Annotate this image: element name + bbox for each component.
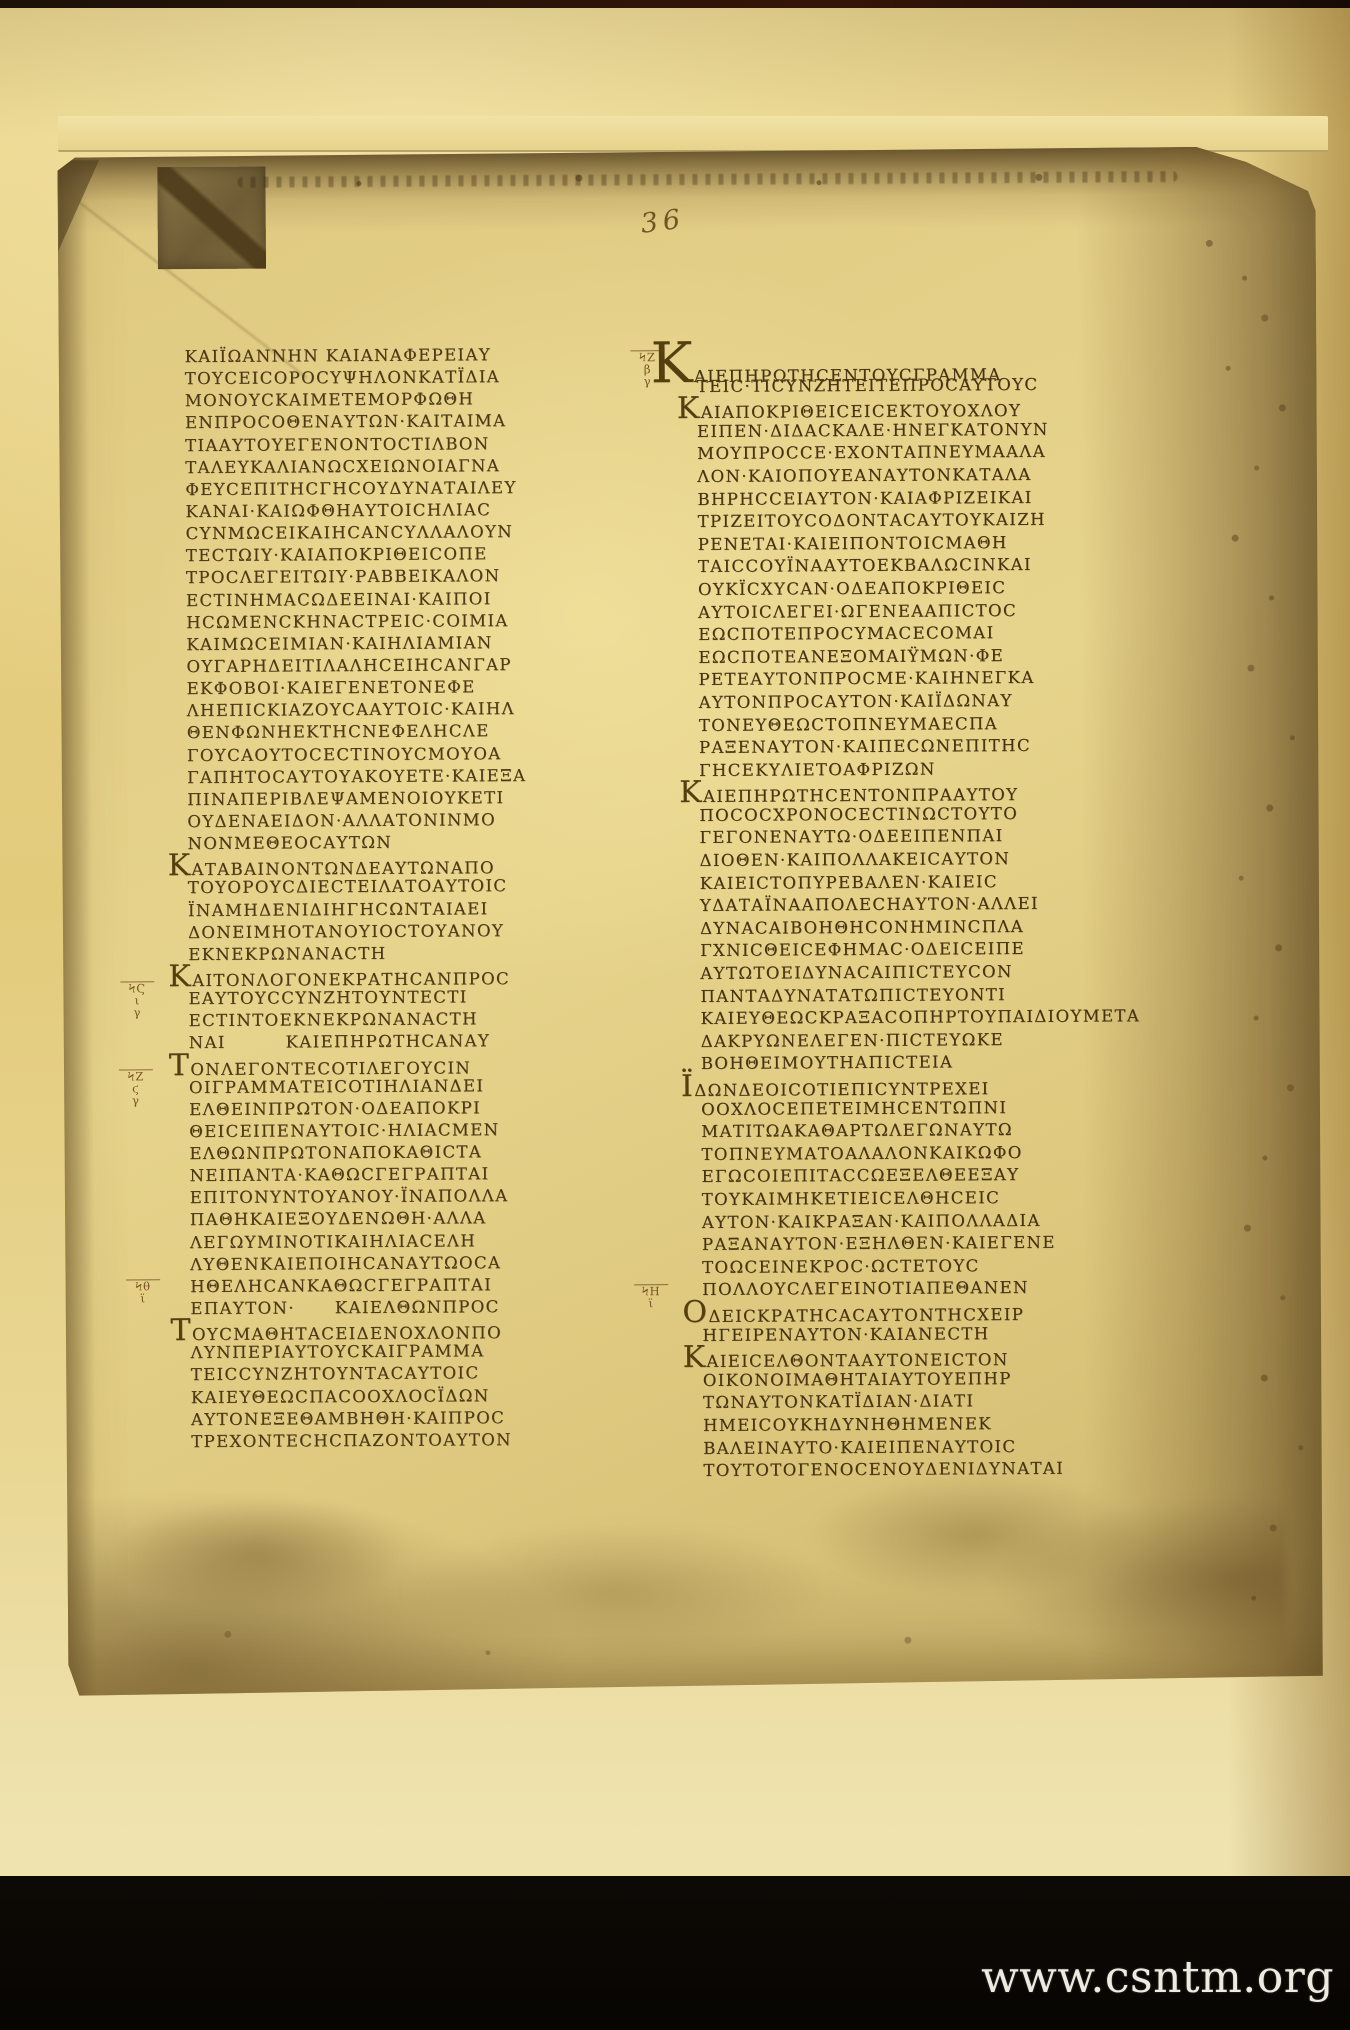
text-line: ΚΑΙΕΠΗΡΩΤΗCΕΝΤΟΝΠΡΑΑΥΤΟΥ <box>699 779 1177 805</box>
margin-mark-left-3: Ϟθ ϊ <box>126 1279 160 1304</box>
text-line: ΟΟΧΛΟCΕΠΕΤΕΙΜΗCΕΝΤΩΠΝΙ <box>701 1096 1179 1122</box>
text-line: ΕΩCΠΟΤΕΠΡΟCΥΜΑCΕCΟΜΑΙ <box>698 621 1176 647</box>
text-line: ΤΙΑΑΥΤΟΥΕΓΕΝΟΝΤΟCΤΙΛΒΟΝ <box>185 432 615 457</box>
text-line: ΘΕΝΦΩΝΗΕΚΤΗCΝΕΦΕΛΗCΛΕ <box>187 720 617 745</box>
text-line: ΤΑΛΕΥΚΑΛΙΑΝΩCΧΕΙΩΝΟΙΑΓΝΑ <box>185 454 615 479</box>
text-line: ΒΑΛΕΙΝΑΥΤΟ·ΚΑΙΕΙΠΕΝΑΥΤΟΙC <box>703 1435 1181 1461</box>
margin-mark-left-1: ϞϚ ι γ <box>120 981 154 1018</box>
text-line: ΓΧΝΙCΘΕΙCΕΦΗΜΑC·ΟΔΕΙCΕΙΠΕ <box>700 937 1178 963</box>
text-line: ΚΑΙΤΟΝΛΟΓΟΝΕΚΡΑΤΗCΑΝΠΡΟC <box>188 963 618 988</box>
text-line: ΕCΤΙΝΗΜΑCΩΔΕΕΙΝΑΙ·ΚΑΙΠΟΙ <box>186 587 616 612</box>
text-line: ΕΑΥΤΟΥCCΥΝΖΗΤΟΥΝΤΕCΤΙ <box>188 986 618 1011</box>
text-line: ΕΛΘΕΙΝΠΡΩΤΟΝ·ΟΔΕΑΠΟΚΡΙ <box>189 1096 619 1121</box>
text-line: ΠΑΝΤΑΔΥΝΑΤΑΤΩΠΙCΤΕΥΟΝΤΙ <box>700 983 1178 1009</box>
text-line: ΕΓΩCΟΙΕΠΙΤΑCCΩΕΞΕΛΘΕΕΞΑΥ <box>701 1163 1179 1189</box>
text-line: ΡΑΞΕΝΑΥΤΟΝ·ΚΑΙΠΕCΩΝΕΠΙΤΗC <box>699 734 1177 760</box>
text-line: ΤΟΠΝΕΥΜΑΤΟΑΛΑΛΟΝΚΑΙΚΩΦΟ <box>701 1141 1179 1167</box>
text-line: ΚΑΙΕΥΘΕΩCΚΡΑΞΑCΟΠΗΡΤΟΥΠΑΙΔΙΟΥΜΕΤΑ <box>701 1005 1179 1031</box>
manuscript-photo: 36 ΚΑΙΪΩΑΝΝΗΝ ΚΑΙΑΝΑΦΕΡΕΙΑΥΤΟΥCΕΙCΟΡΟCΥΨ… <box>0 0 1350 2030</box>
text-line: ΑΥΤΟΙCΛΕΓΕΙ·ΩΓΕΝΕΑΑΠΙCΤΟC <box>698 599 1176 625</box>
photo-bottom-band: www.csntm.org <box>0 1876 1350 2030</box>
parchment-stain-bottom <box>91 1467 1287 1667</box>
text-line: ΝΑΙ ΚΑΙΕΠΗΡΩΤΗCΑΝΑΥ <box>189 1030 619 1055</box>
text-line: ΤΕΙC·ΤΙCΥΝΖΗΤΕΙΤΕΠΡΟCΑΥΤΟΥC <box>697 373 1175 399</box>
margin-mark-left-2: ϞΖ ϛ γ <box>119 1069 153 1106</box>
text-line: ΠΟΛΛΟΥCΛΕΓΕΙΝΟΤΙΑΠΕΘΑΝΕΝ <box>702 1276 1180 1302</box>
text-line: ΚΑΙΕΙCΕΛΘΟΝΤΑΑΥΤΟΝΕΙCΤΟΝ <box>703 1344 1181 1370</box>
top-edge-show-through <box>237 171 1177 188</box>
text-line: ΤΟΥΚΑΙΜΗΚΕΤΙΕΙCΕΛΘΗCΕΙC <box>702 1186 1180 1212</box>
text-line: ΟΥΔΕΝΑΕΙΔΟΝ·ΑΛΛΑΤΟΝΙΝΜΟ <box>187 808 617 833</box>
text-line: ΚΑΙΕΠΗΡΩΤΗCΕΝΤΟΥCΓΡΑΜΜΑ <box>697 350 1175 376</box>
text-line: ΝΕΙΠΑΝΤΑ·ΚΑΘΩCΓΕΓΡΑΠΤΑΙ <box>189 1163 619 1188</box>
text-line: ΤΟΩCΕΙΝΕΚΡΟC·ΩCΤΕΤΟΥC <box>702 1254 1180 1280</box>
text-line: ΤΕΙCCΥΝΖΗΤΟΥΝΤΑCΑΥΤΟΙC <box>191 1362 621 1387</box>
text-line: ΕΩCΠΟΤΕΑΝΕΞΟΜΑΙΫΜΩΝ·ΦΕ <box>698 644 1176 670</box>
page-number: 36 <box>639 203 687 239</box>
text-line: ΚΑΝΑΙ·ΚΑΙΩΦΘΗΑΥΤΟΙCΗΛΙΑC <box>185 498 615 523</box>
text-line: ΚΑΙΪΩΑΝΝΗΝ ΚΑΙΑΝΑΦΕΡΕΙΑΥ <box>184 343 614 368</box>
text-line: ΑΥΤΩΤΟΕΙΔΥΝΑCΑΙΠΙCΤΕΥCΟΝ <box>700 960 1178 986</box>
text-line: ΑΥΤΟΝΠΡΟCΑΥΤΟΝ·ΚΑΙΪΔΩΝΑΥ <box>699 689 1177 715</box>
text-line: ΕΝΠΡΟCΟΘΕΝΑΥΤΩΝ·ΚΑΙΤΑΙΜΑ <box>185 410 615 435</box>
text-line: ΔΥΝΑCΑΙΒΟΗΘΗCΟΝΗΜΙΝCΠΛΑ <box>700 915 1178 941</box>
text-line: ΤΩΝΑΥΤΟΝΚΑΤΪΔΙΑΝ·ΔΙΑΤΙ <box>703 1389 1181 1415</box>
text-line: ΔΙΟΘΕΝ·ΚΑΙΠΟΛΛΑΚΕΙCΑΥΤΟΝ <box>700 847 1178 873</box>
mat-bevel-edge <box>58 116 1328 152</box>
text-line: ΡΑΞΑΝΑΥΤΟΝ·ΕΞΗΛΘΕΝ·ΚΑΙΕΓΕΝΕ <box>702 1231 1180 1257</box>
text-line: ΜΟΥΠΡΟCCΕ·ΕΧΟΝΤΑΠΝΕΥΜΑΑΛΑ <box>697 440 1175 466</box>
text-line: ΗΓΕΙΡΕΝΑΥΤΟΝ·ΚΑΙΑΝΕCΤΗ <box>702 1322 1180 1348</box>
text-line: ΒΗΡΗCCΕΙΑΥΤΟΝ·ΚΑΙΑΦΡΙΖΕΙΚΑΙ <box>697 486 1175 512</box>
text-line: ΜΑΤΙΤΩΑΚΑΘΑΡΤΩΛΕΓΩΝΑΥΤΩ <box>701 1118 1179 1144</box>
watermark-text: www.csntm.org <box>981 1952 1334 2003</box>
text-line: ΕΙΠΕΝ·ΔΙΔΑCΚΑΛΕ·ΗΝΕΓΚΑΤΟΝΥΝ <box>697 418 1175 444</box>
text-line: ΡΕΝΕΤΑΙ·ΚΑΙΕΙΠΟΝΤΟΙCΜΑΘΗ <box>698 531 1176 557</box>
text-line: ΛΥΘΕΝΚΑΙΕΠΟΙΗCΑΝΑΥΤΩΟCΑ <box>190 1251 620 1276</box>
left-column: ΚΑΙΪΩΑΝΝΗΝ ΚΑΙΑΝΑΦΕΡΕΙΑΥΤΟΥCΕΙCΟΡΟCΥΨΗΛΟ… <box>184 286 621 1453</box>
text-line: ΤΡΙΖΕΙΤΟΥCΟΔΟΝΤΑCΑΥΤΟΥΚΑΙΖΗ <box>697 508 1175 534</box>
text-line: ΕΛΘΩΝΠΡΩΤΟΝΑΠΟΚΑΘΙCΤΑ <box>189 1141 619 1166</box>
text-line: ΜΟΝΟΥCΚΑΙΜΕΤΕΜΟΡΦΩΘΗ <box>185 388 615 413</box>
text-line: ΟΔΕΙCΚΡΑΤΗCΑCΑΥΤΟΝΤΗCΧΕΙΡ <box>702 1299 1180 1325</box>
text-line: ΓΕΓΟΝΕΝΑΥΤΩ·ΟΔΕΕΙΠΕΝΠΑΙ <box>699 824 1177 850</box>
text-line: ΛΗΕΠΙCΚΙΑΖΟΥCΑΑΥΤΟΙC·ΚΑΙΗΛ <box>187 698 617 723</box>
text-line: ΡΕΤΕΑΥΤΟΝΠΡΟCΜΕ·ΚΑΙΗΝΕΓΚΑ <box>698 666 1176 692</box>
text-line: ΗΘΕΛΗCΑΝΚΑΘΩCΓΕΓΡΑΠΤΑΙ <box>190 1273 620 1298</box>
text-line: ΔΟΝΕΙΜΗΟΤΑΝΟΥΙΟCΤΟΥΑΝΟΥ <box>188 919 618 944</box>
text-line: ΗΜΕΙCΟΥΚΗΔΥΝΗΘΗΜΕΝΕΚ <box>703 1412 1181 1438</box>
text-line: ΔΑΚΡΥΩΝΕΛΕΓΕΝ·ΠΙCΤΕΥΩΚΕ <box>701 1028 1179 1054</box>
text-line: ΕΠΙΤΟΝΥΝΤΟΥΑΝΟΥ·ΪΝΑΠΟΛΛΑ <box>190 1185 620 1210</box>
corner-shadow <box>57 160 100 252</box>
text-line: ΑΥΤΟΝ·ΚΑΙΚΡΑΞΑΝ·ΚΑΙΠΟΛΛΑΔΙΑ <box>702 1209 1180 1235</box>
text-line: ΕΚΝΕΚΡΩΝΑΝΑCΤΗ <box>188 941 618 966</box>
text-line: ΥΔΑΤΑΪΝΑΑΠΟΛΕCΗΑΥΤΟΝ·ΑΛΛΕΙ <box>700 892 1178 918</box>
margin-mark-right-2: ϞΗ ϊ <box>634 1284 668 1309</box>
text-line: ΤΑΙCCΟΥΪΝΑΑΥΤΟΕΚΒΑΛΩCΙΝΚΑΙ <box>698 553 1176 579</box>
margin-mark-right-1: ϞΖ β γ <box>631 350 665 387</box>
text-line: ΤΡΟCΛΕΓΕΙΤΩΙΥ·ΡΑΒΒΕΙΚΑΛΟΝ <box>186 565 616 590</box>
text-line: ΟΥΚΪCΧΥCΑΝ·ΟΔΕΑΠΟΚΡΙΘΕΙC <box>698 576 1176 602</box>
text-line: ΤΟΥCΜΑΘΗΤΑCΕΙΔΕΝΟΧΛΟΝΠΟ <box>190 1318 620 1343</box>
text-line: ΤΕCΤΩΙΥ·ΚΑΙΑΠΟΚΡΙΘΕΙCΟΠΕ <box>186 543 616 568</box>
text-line: CΥΝΜΩCΕΙΚΑΙΗCΑΝCΥΛΛΑΛΟΥΝ <box>186 521 616 546</box>
text-line: ΕΠΑΥΤΟΝ· ΚΑΙΕΛΘΩΝΠΡΟC <box>190 1295 620 1320</box>
text-line: ΛΥΝΠΕΡΙΑΥΤΟΥCΚΑΙΓΡΑΜΜΑ <box>191 1340 621 1365</box>
text-line: ΕΚΦΟΒΟΙ·ΚΑΙΕΓΕΝΕΤΟΝΕΦΕ <box>186 676 616 701</box>
text-line: ΓΑΠΗΤΟCΑΥΤΟΥΑΚΟΥΕΤΕ·ΚΑΙΕΞΑ <box>187 764 617 789</box>
text-line: ΚΑΙΕΥΘΕΩCΠΑCΟΟΧΛΟCΪΔΩΝ <box>191 1384 621 1409</box>
text-line: ΠΙΝΑΠΕΡΙΒΛΕΨΑΜΕΝΟΙΟΥΚΕΤΙ <box>187 786 617 811</box>
text-line: ΤΟΝΕΥΘΕΩCΤΟΠΝΕΥΜΑΕCΠΑ <box>699 712 1177 738</box>
text-line: ΓΗCΕΚΥΛΙΕΤΟΑΦΡΙΖΩΝ <box>699 757 1177 783</box>
text-line: ΝΟΝΜΕΘΕΟCΑΥΤΩΝ <box>187 831 617 856</box>
text-line: ΤΡΕΧΟΝΤΕCΗCΠΑΖΟΝΤΟΑΥΤΟΝ <box>191 1428 621 1453</box>
text-line: ΤΟΝΛΕΓΟΝΤΕCΟΤΙΛΕΓΟΥCΙΝ <box>189 1052 619 1077</box>
text-line: ΑΥΤΟΝΕΞΕΘΑΜΒΗΘΗ·ΚΑΙΠΡΟC <box>191 1406 621 1431</box>
text-line: ΕCΤΙΝΤΟΕΚΝΕΚΡΩΝΑΝΑCΤΗ <box>189 1008 619 1033</box>
manuscript-leaf: 36 ΚΑΙΪΩΑΝΝΗΝ ΚΑΙΑΝΑΦΕΡΕΙΑΥΤΟΥCΕΙCΟΡΟCΥΨ… <box>57 146 1324 1699</box>
text-line: ΤΟΥΟΡΟΥCΔΙΕCΤΕΙΛΑΤΟΑΥΤΟΙC <box>188 875 618 900</box>
text-line: ΚΑΤΑΒΑΙΝΟΝΤΩΝΔΕΑΥΤΩΝΑΠΟ <box>188 853 618 878</box>
text-line: ΦΕΥCΕΠΙΤΗCΓΗCΟΥΔΥΝΑΤΑΙΛΕΥ <box>185 476 615 501</box>
text-line: ΛΟΝ·ΚΑΙΟΠΟΥΕΑΝΑΥΤΟΝΚΑΤΑΛΑ <box>697 463 1175 489</box>
text-line: ΠΟCΟCΧΡΟΝΟCΕCΤΙΝΩCΤΟΥΤΟ <box>699 802 1177 828</box>
text-line: ΟΥΓΑΡΗΔΕΙΤΙΛΑΛΗCΕΙΗCΑΝΓΑΡ <box>186 653 616 678</box>
text-line: ΒΟΗΘΕΙΜΟΥΤΗΑΠΙCΤΕΙΑ <box>701 1050 1179 1076</box>
text-line: ΪΔΩΝΔΕΟΙCΟΤΙΕΠΙCΥΝΤΡΕΧΕΙ <box>701 1073 1179 1099</box>
text-line: ΚΑΙΕΙCΤΟΠΥΡΕΒΑΛΕΝ·ΚΑΙΕΙC <box>700 870 1178 896</box>
text-line: ΪΝΑΜΗΔΕΝΙΔΙΗΓΗCΩΝΤΑΙΑΕΙ <box>188 897 618 922</box>
text-line: ΟΙΚΟΝΟΙΜΑΘΗΤΑΙΑΥΤΟΥΕΠΗΡ <box>703 1367 1181 1393</box>
photo-top-edge <box>0 0 1350 8</box>
text-line: ΗCΩΜΕΝCΚΗΝΑCΤΡΕΙC·COΙΜΙΑ <box>186 609 616 634</box>
text-line: ΘΕΙCΕΙΠΕΝΑΥΤΟΙC·ΗΛΙΑCΜΕΝ <box>189 1118 619 1143</box>
text-line: ΤΟΥΤΟΤΟΓΕΝΟCΕΝΟΥΔΕΝΙΔΥΝΑΤΑΙ <box>703 1457 1181 1483</box>
text-line: ΛΕΓΩΥΜΙΝΟΤΙΚΑΙΗΛΙΑCΕΛΗ <box>190 1229 620 1254</box>
text-line: ΟΙΓΡΑΜΜΑΤΕΙCΟΤΙΗΛΙΑΝΔΕΙ <box>189 1074 619 1099</box>
text-line: ΠΑΘΗΚΑΙΕΞΟΥΔΕΝΩΘΗ·ΑΛΛΑ <box>190 1207 620 1232</box>
right-column: ΚΑΙΕΠΗΡΩΤΗCΕΝΤΟΥCΓΡΑΜΜΑΤΕΙC·ΤΙCΥΝΖΗΤΕΙΤΕ… <box>696 293 1181 1483</box>
text-line: ΤΟΥCΕΙCΟΡΟCΥΨΗΛΟΝΚΑΤΪΔΙΑ <box>185 366 615 391</box>
text-line: ΚΑΙΑΠΟΚΡΙΘΕΙCΕΙCΕΚΤΟΥΟΧΛΟΥ <box>697 395 1175 421</box>
text-line: ΓΟΥCΑΟΥΤΟCΕCΤΙΝΟΥCΜΟΥΟΑ <box>187 742 617 767</box>
text-line: ΚΑΙΜΩCΕΙΜΙΑΝ·ΚΑΙΗΛΙΑΜΙΑΝ <box>186 631 616 656</box>
